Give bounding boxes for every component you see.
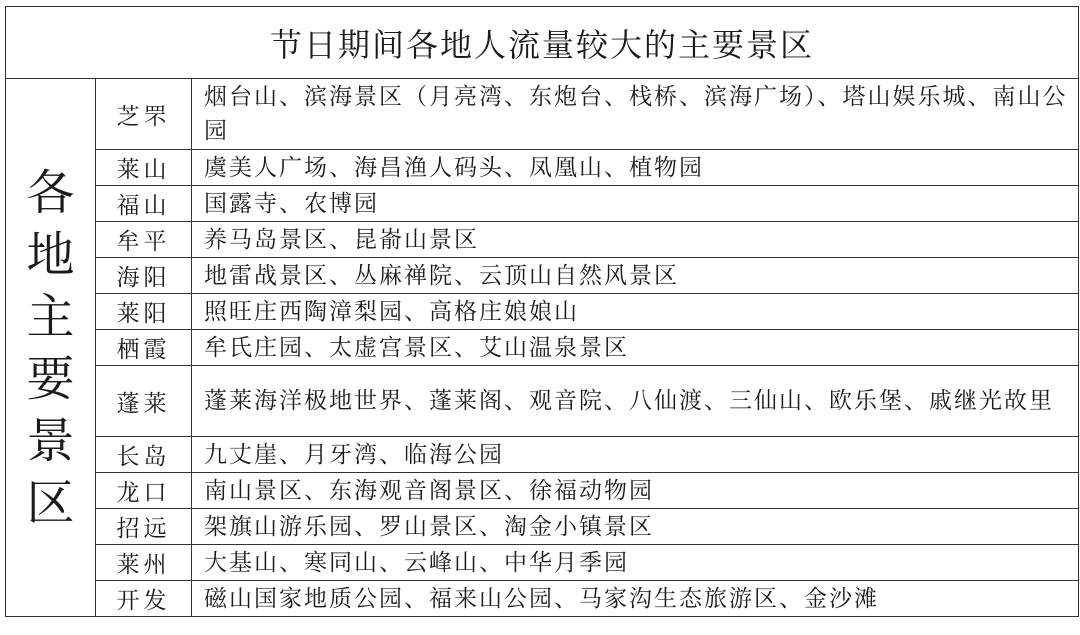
spots-cell: 照旺庄西陶漳梨园、高格庄娘娘山 xyxy=(192,294,1079,330)
spots-cell: 烟台山、滨海景区（月亮湾、东炮台、栈桥、滨海广场）、塔山娱乐城、南山公园 xyxy=(192,79,1079,150)
table-row: 海阳 地雷战景区、丛麻禅院、云顶山自然风景区 xyxy=(6,258,1079,294)
region-cell: 福山 xyxy=(96,186,192,222)
side-label-char: 景 xyxy=(6,410,95,472)
table-row: 福山 国露寺、农博园 xyxy=(6,186,1079,222)
spots-cell: 养马岛景区、昆嵛山景区 xyxy=(192,222,1079,258)
table-row: 牟平 养马岛景区、昆嵛山景区 xyxy=(6,222,1079,258)
spots-cell: 蓬莱海洋极地世界、蓬莱阁、观音院、八仙渡、三仙山、欧乐堡、戚继光故里 xyxy=(192,366,1079,437)
table-row: 开发 磁山国家地质公园、福来山公园、马家沟生态旅游区、金沙滩 xyxy=(6,581,1079,617)
spots-cell: 大基山、寒同山、云峰山、中华月季园 xyxy=(192,545,1079,581)
table-title: 节日期间各地人流量较大的主要景区 xyxy=(6,7,1079,79)
region-cell: 牟平 xyxy=(96,222,192,258)
region-cell: 招远 xyxy=(96,509,192,545)
side-label-char: 区 xyxy=(6,472,95,534)
spots-cell: 架旗山游乐园、罗山景区、淘金小镇景区 xyxy=(192,509,1079,545)
side-label-char: 地 xyxy=(6,224,95,286)
table-row: 龙口 南山景区、东海观音阁景区、徐福动物园 xyxy=(6,473,1079,509)
spots-cell: 磁山国家地质公园、福来山公园、马家沟生态旅游区、金沙滩 xyxy=(192,581,1079,617)
scenic-spots-table: 节日期间各地人流量较大的主要景区 各 地 主 要 景 区 芝罘 烟台山、滨海景区… xyxy=(5,6,1079,617)
region-cell: 开发 xyxy=(96,581,192,617)
scenic-spots-document: 节日期间各地人流量较大的主要景区 各 地 主 要 景 区 芝罘 烟台山、滨海景区… xyxy=(5,6,1079,617)
table-row: 招远 架旗山游乐园、罗山景区、淘金小镇景区 xyxy=(6,509,1079,545)
region-cell: 芝罘 xyxy=(96,79,192,150)
table-row: 蓬莱 蓬莱海洋极地世界、蓬莱阁、观音院、八仙渡、三仙山、欧乐堡、戚继光故里 xyxy=(6,366,1079,437)
side-label-char: 各 xyxy=(6,162,95,224)
region-cell: 长岛 xyxy=(96,437,192,473)
spots-cell: 南山景区、东海观音阁景区、徐福动物园 xyxy=(192,473,1079,509)
region-cell: 蓬莱 xyxy=(96,366,192,437)
spots-cell: 九丈崖、月牙湾、临海公园 xyxy=(192,437,1079,473)
side-label-char: 要 xyxy=(6,348,95,410)
region-cell: 海阳 xyxy=(96,258,192,294)
region-cell: 栖霞 xyxy=(96,330,192,366)
spots-cell: 牟氏庄园、太虚宫景区、艾山温泉景区 xyxy=(192,330,1079,366)
table-row: 莱阳 照旺庄西陶漳梨园、高格庄娘娘山 xyxy=(6,294,1079,330)
table-row: 长岛 九丈崖、月牙湾、临海公园 xyxy=(6,437,1079,473)
region-cell: 莱阳 xyxy=(96,294,192,330)
table-row: 莱州 大基山、寒同山、云峰山、中华月季园 xyxy=(6,545,1079,581)
spots-cell: 虞美人广场、海昌渔人码头、凤凰山、植物园 xyxy=(192,150,1079,186)
side-label: 各 地 主 要 景 区 xyxy=(6,79,96,617)
spots-cell: 地雷战景区、丛麻禅院、云顶山自然风景区 xyxy=(192,258,1079,294)
table-row: 莱山 虞美人广场、海昌渔人码头、凤凰山、植物园 xyxy=(6,150,1079,186)
table-row: 栖霞 牟氏庄园、太虚宫景区、艾山温泉景区 xyxy=(6,330,1079,366)
region-cell: 莱山 xyxy=(96,150,192,186)
region-cell: 龙口 xyxy=(96,473,192,509)
region-cell: 莱州 xyxy=(96,545,192,581)
side-label-char: 主 xyxy=(6,286,95,348)
spots-cell: 国露寺、农博园 xyxy=(192,186,1079,222)
